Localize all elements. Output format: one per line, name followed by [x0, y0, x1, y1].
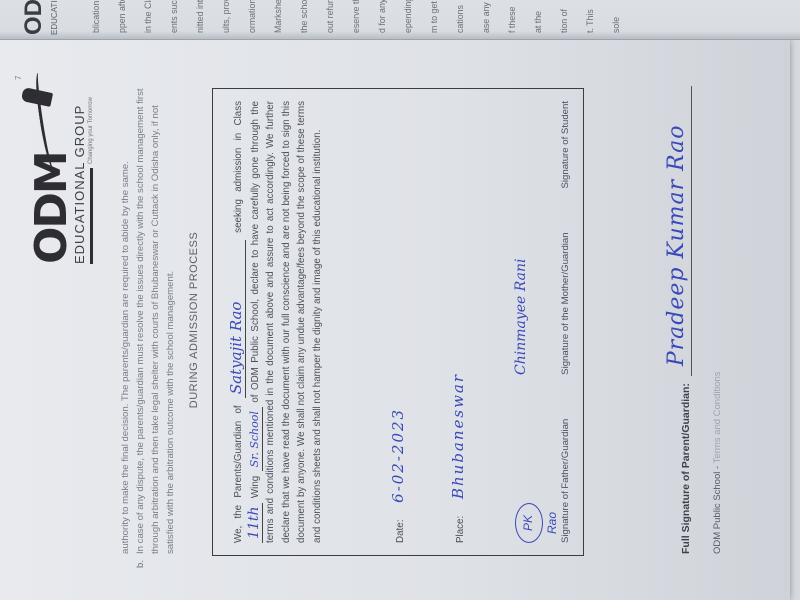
wing-handwritten: Sr. School [247, 407, 264, 471]
full-signature-field: Full Signature of Parent/Guardian: Prade… [680, 86, 692, 554]
second-page-fragment: cations [454, 0, 466, 33]
second-page-fragment: at the [532, 0, 544, 33]
second-page-fragment: t. This [584, 0, 596, 33]
second-page-logo: ODM [20, 0, 48, 35]
page-footer: ODM Public School - Terms and Conditions [712, 371, 723, 554]
second-page-fragment: blication of Class [90, 0, 102, 33]
document-photo: ODM EDUCATIONAL GROUP Changing your Tomo… [0, 0, 800, 600]
logo-tagline: Changing your Tomorrow [88, 97, 94, 164]
footer-school: ODM Public School [712, 472, 723, 554]
second-page-fragment: out refund [324, 0, 336, 33]
class-handwritten: 11th [247, 503, 264, 543]
second-page-fragment: f these [506, 0, 518, 33]
second-page-strip: ODM EDUCATIONAL blication of Classppen a… [0, 0, 800, 40]
date-handwritten: 6-02-2023 [389, 408, 407, 503]
second-page-fragment: ents such as [168, 0, 180, 33]
father-signature-label: Signature of Father/Guardian [560, 419, 571, 543]
second-page-logo-group: EDUCATIONAL [50, 0, 59, 35]
second-page-fragment: the school [298, 0, 310, 33]
date-field: Date: 6-02-2023 [389, 408, 407, 543]
declaration-box: We, the Parents/Guardian of Satyajit Rao… [212, 88, 584, 556]
full-signature-handwritten: Pradeep Kumar Rao [664, 124, 689, 366]
declaration-text: We, the Parents/Guardian of Satyajit Rao… [229, 101, 325, 543]
second-page-fragment: m to get [428, 0, 440, 33]
second-page-fragment: in the Class X [142, 0, 154, 33]
date-label: Date: [395, 520, 406, 543]
second-page-fragment: sole [610, 0, 622, 33]
mother-signature-handwritten: Chinmayee Rani [513, 259, 529, 375]
logo-group-name: EDUCATIONAL GROUP [72, 105, 87, 264]
full-signature-label: Full Signature of Parent/Guardian: [680, 383, 692, 554]
footer-title: Terms and Conditions [712, 371, 723, 463]
wing-label: Wing [250, 476, 261, 498]
second-page-fragment: Marksheet, [272, 0, 284, 33]
footer-separator: - [712, 463, 723, 471]
place-field: Place: Bhubaneswar [449, 373, 467, 543]
second-page-fragment: ppen after the [116, 0, 128, 33]
terms-item-b: In case of any dispute, the parents/guar… [133, 84, 178, 554]
logo-underline [90, 168, 93, 264]
second-page-fragment: ase any [480, 0, 492, 33]
terms-continuation: authority to make the final decision. Th… [118, 84, 133, 554]
section-heading: DURING ADMISSION PROCESS [188, 40, 200, 600]
student-name-handwritten: Satyajit Rao [229, 240, 246, 398]
second-page-fragment: ults, provided [220, 0, 232, 33]
second-page-fragment: epending [402, 0, 414, 33]
second-page-fragment: tion of [558, 0, 570, 33]
second-page-fragment: d for any [376, 0, 388, 33]
second-page-fragment: ormation of [246, 0, 258, 33]
declaration-prefix: We, the Parents/Guardian of [233, 405, 244, 543]
signature-labels: Signature of Father/Guardian Signature o… [560, 101, 571, 543]
second-page-fragment: nitted into the [194, 0, 206, 33]
mother-signature-label: Signature of the Mother/Guardian [560, 232, 571, 374]
page-mark: 7 [14, 76, 23, 80]
odm-logo: ODM EDUCATIONAL GROUP Changing your Tomo… [22, 64, 92, 264]
place-handwritten: Bhubaneswar [449, 373, 467, 499]
place-label: Place: [455, 516, 466, 543]
student-signature-label: Signature of Student [560, 101, 571, 188]
father-signature-handwritten: PK Rao [515, 503, 543, 543]
full-signature-line: Pradeep Kumar Rao [691, 86, 692, 376]
terms-text: authority to make the final decision. Th… [118, 84, 178, 554]
terms-page: ODM EDUCATIONAL GROUP Changing your Tomo… [0, 40, 790, 600]
second-page-fragment: eserve the [350, 0, 362, 33]
item-b-label: b. [133, 560, 148, 568]
declaration-seeking: seeking admission in Class [233, 101, 244, 233]
